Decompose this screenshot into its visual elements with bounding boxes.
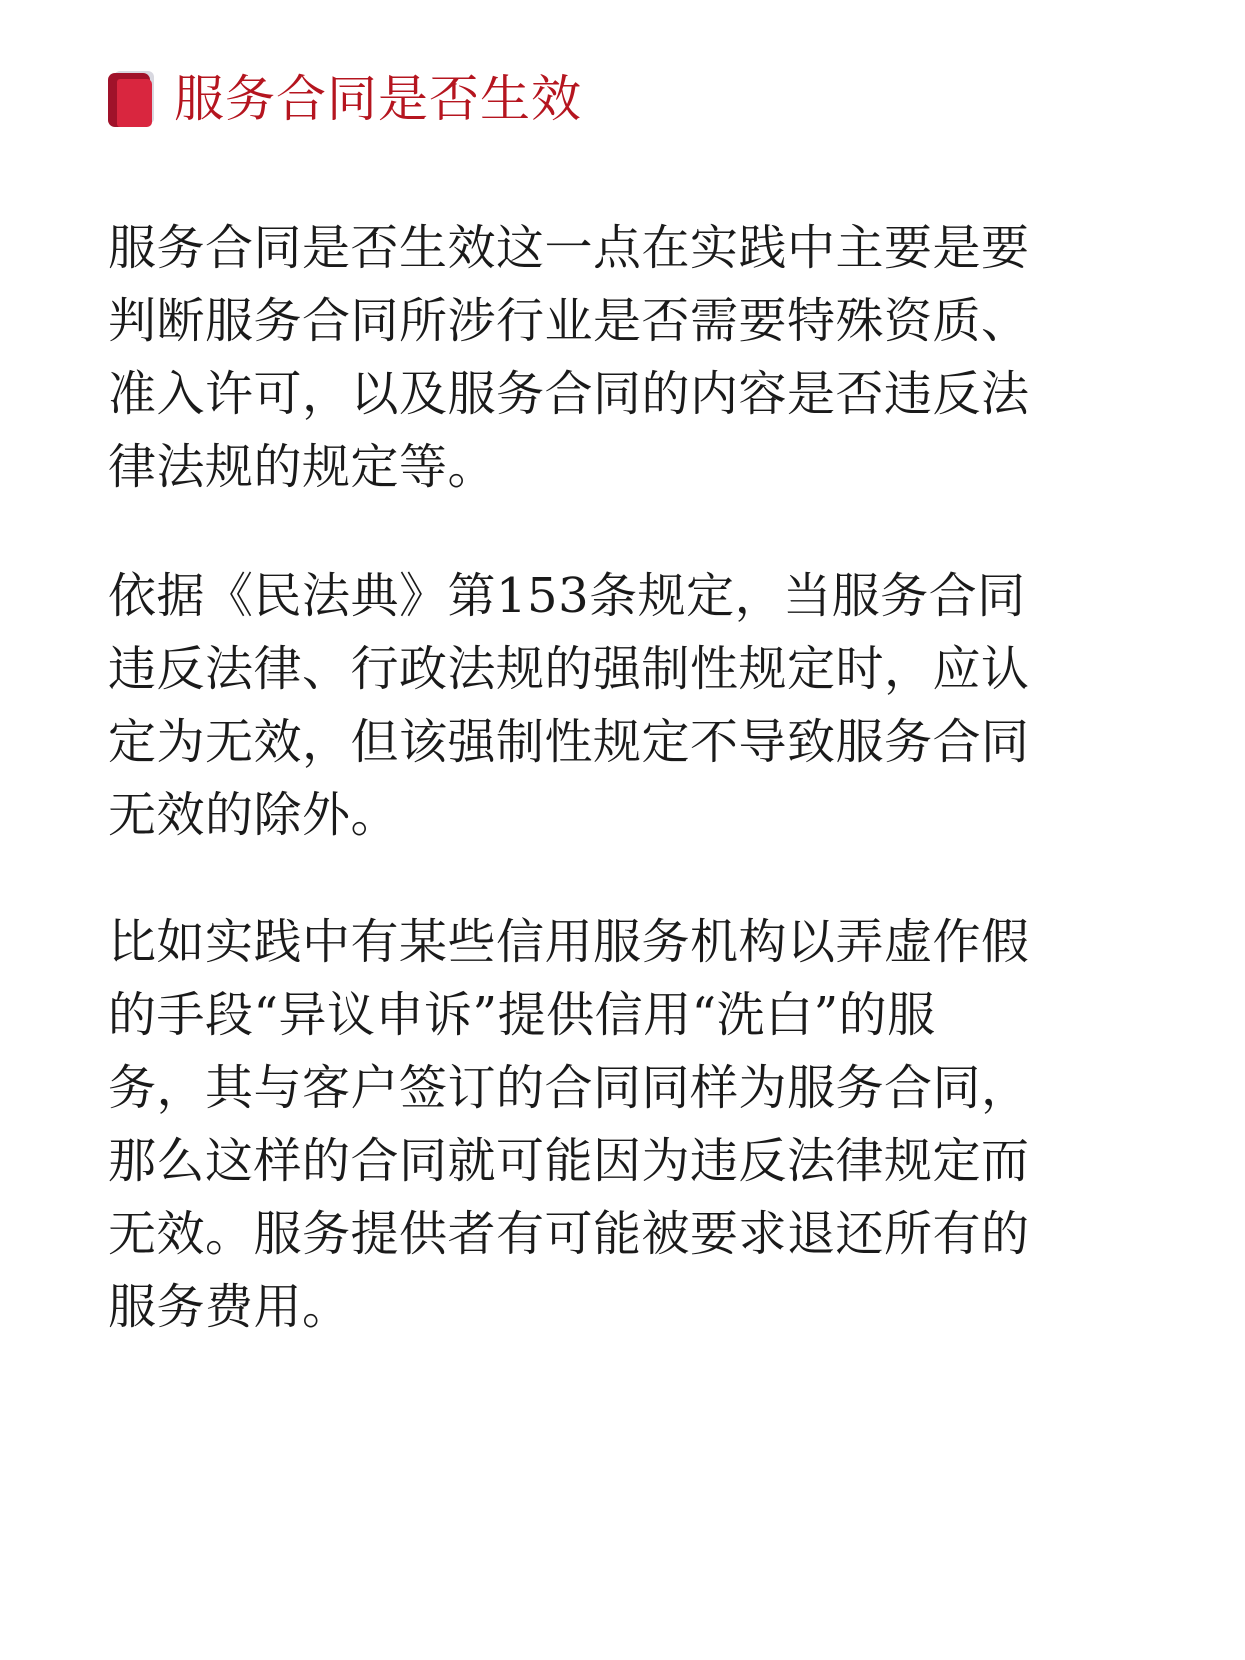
paragraph-line: 比如实践中有某些信用服务机构以弄虚作假 [108, 906, 1148, 979]
paragraph-effectiveness-criteria: 服务合同是否生效这一点在实践中主要是要 判断服务合同所涉行业是否需要特殊资质、 … [108, 212, 1148, 504]
paragraph-example: 比如实践中有某些信用服务机构以弄虚作假 的手段“异议申诉”提供信用“洗白”的服 … [108, 906, 1148, 1344]
paragraph-civil-code-article: 依据《民法典》第153条规定，当服务合同 违反法律、行政法规的强制性规定时，应认… [108, 560, 1148, 852]
paragraph-line: 准入许可，以及服务合同的内容是否违反法 [108, 358, 1148, 431]
closed-red-book-icon [108, 71, 156, 127]
page-title: 服务合同是否生效 [174, 68, 582, 130]
paragraph-line: 那么这样的合同就可能因为违反法律规定而 [108, 1125, 1148, 1198]
paragraph-line: 无效的除外。 [108, 779, 1148, 852]
paragraph-line: 无效。服务提供者有可能被要求退还所有的 [108, 1198, 1148, 1271]
paragraph-line: 依据《民法典》第153条规定，当服务合同 [108, 560, 1148, 633]
paragraph-line: 的手段“异议申诉”提供信用“洗白”的服 [108, 979, 1148, 1052]
paragraph-line: 违反法律、行政法规的强制性规定时，应认 [108, 633, 1148, 706]
book-cover [117, 79, 152, 127]
paragraph-line: 服务费用。 [108, 1271, 1148, 1344]
title-row: 服务合同是否生效 [108, 68, 582, 130]
paragraph-line: 定为无效，但该强制性规定不导致服务合同 [108, 706, 1148, 779]
paragraph-line: 服务合同是否生效这一点在实践中主要是要 [108, 212, 1148, 285]
paragraph-line: 判断服务合同所涉行业是否需要特殊资质、 [108, 285, 1148, 358]
paragraph-line: 律法规的规定等。 [108, 431, 1148, 504]
document-page: 服务合同是否生效 服务合同是否生效这一点在实践中主要是要 判断服务合同所涉行业是… [0, 0, 1245, 1660]
paragraph-line: 务，其与客户签订的合同同样为服务合同， [108, 1052, 1148, 1125]
